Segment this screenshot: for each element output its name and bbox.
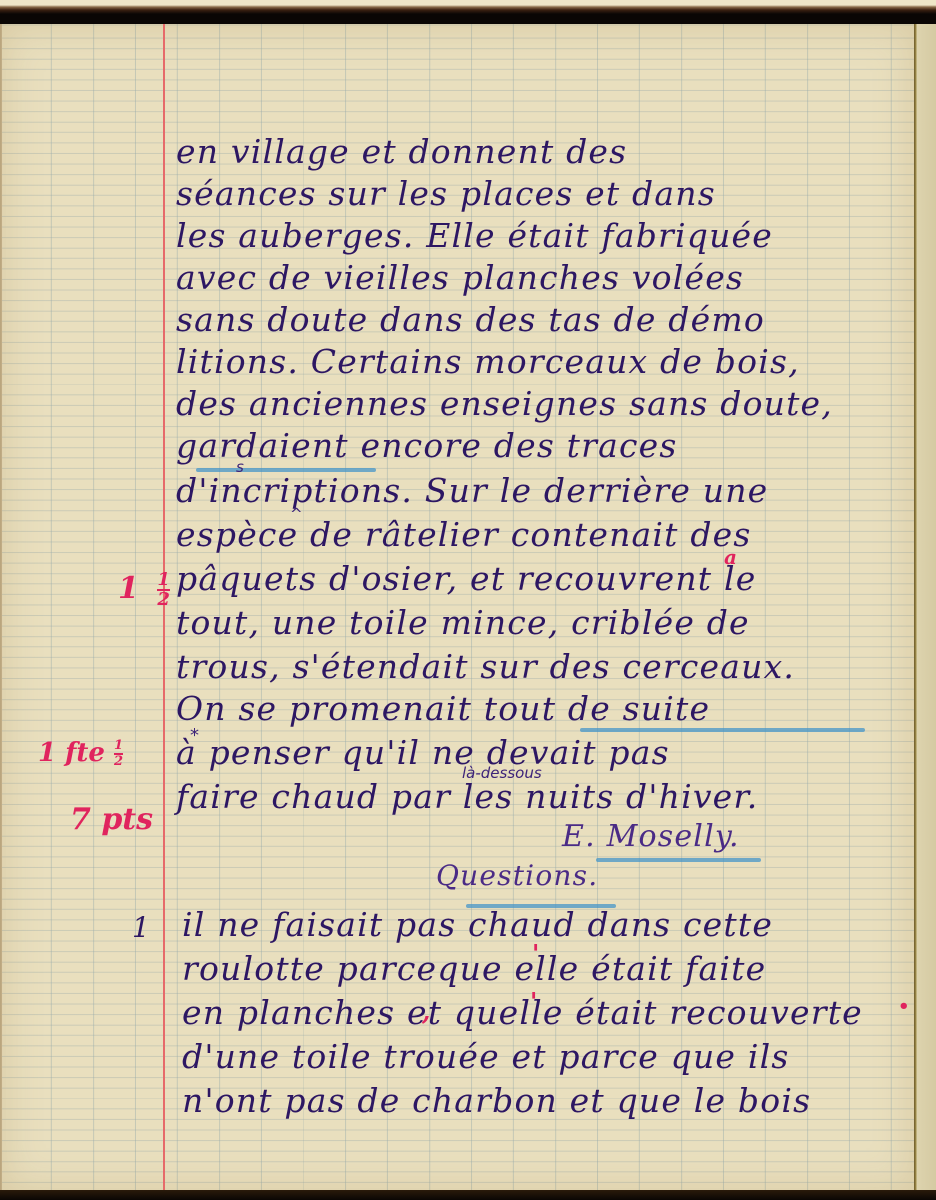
passage-line: en village et donnent des xyxy=(176,135,627,168)
answer-line: en planches et quelle était recouverte xyxy=(182,996,863,1029)
passage-line: pâquets d'osier, et recouvrent le xyxy=(176,562,756,595)
answer-line: n'ont pas de charbon et que le bois xyxy=(182,1084,811,1117)
passage-line: gardaient encore des traces xyxy=(176,429,678,462)
grade-prefix: 1 fte xyxy=(38,738,105,768)
grade-mark-2: 1 fte 1 2 xyxy=(38,740,123,768)
passage-line: séances sur les places et dans xyxy=(176,177,716,210)
passage-line: espèce de râtelier contenait des xyxy=(176,518,752,551)
grade-fraction: 1 2 xyxy=(157,572,170,608)
author-signature: E. Moselly. xyxy=(562,822,740,852)
notebook-bottom-edge xyxy=(0,1190,936,1200)
page-binding-edge xyxy=(914,24,936,1192)
passage-line: les auberges. Elle était fabriquée xyxy=(176,219,773,252)
teacher-mark-comma: , xyxy=(422,1000,430,1024)
passage-line: faire chaud par les nuits d'hiver. xyxy=(176,780,758,813)
grade-mark-1: 1 1 2 xyxy=(118,572,170,608)
teacher-mark-dot: • xyxy=(898,998,910,1016)
questions-heading: Questions. xyxy=(436,862,598,890)
answer-line: roulotte parceque elle était faite xyxy=(182,952,766,985)
teacher-mark-apostrophe: ' xyxy=(530,990,537,1014)
answer-line: d'une toile trouée et parce que ils xyxy=(182,1040,789,1073)
passage-line: sans doute dans des tas de démo xyxy=(176,303,765,336)
grade-whole: 1 xyxy=(118,571,139,606)
answer-number: 1 xyxy=(132,914,151,942)
passage-line: On se promenait tout de suite xyxy=(176,692,710,725)
blue-underline xyxy=(596,858,761,862)
blue-underline xyxy=(580,728,865,732)
notebook-top-edge xyxy=(0,0,936,26)
passage-line: d'incriptions. Sur le derrière une xyxy=(176,474,768,507)
points-total: 7 pts xyxy=(70,805,153,835)
passage-line: des anciennes enseignes sans doute, xyxy=(176,387,833,420)
passage-line: trous, s'étendait sur des cerceaux. xyxy=(176,650,795,683)
teacher-mark-apostrophe: ' xyxy=(532,942,539,966)
passage-line: avec de vieilles planches volées xyxy=(176,261,744,294)
passage-line: litions. Certains morceaux de bois, xyxy=(176,345,800,378)
answer-line: il ne faisait pas chaud dans cette xyxy=(182,908,773,941)
passage-line: tout, une toile mince, criblée de xyxy=(176,606,750,639)
grade-fraction: 1 2 xyxy=(114,740,123,767)
passage-line: à penser qu'il ne devait pas xyxy=(176,736,670,769)
